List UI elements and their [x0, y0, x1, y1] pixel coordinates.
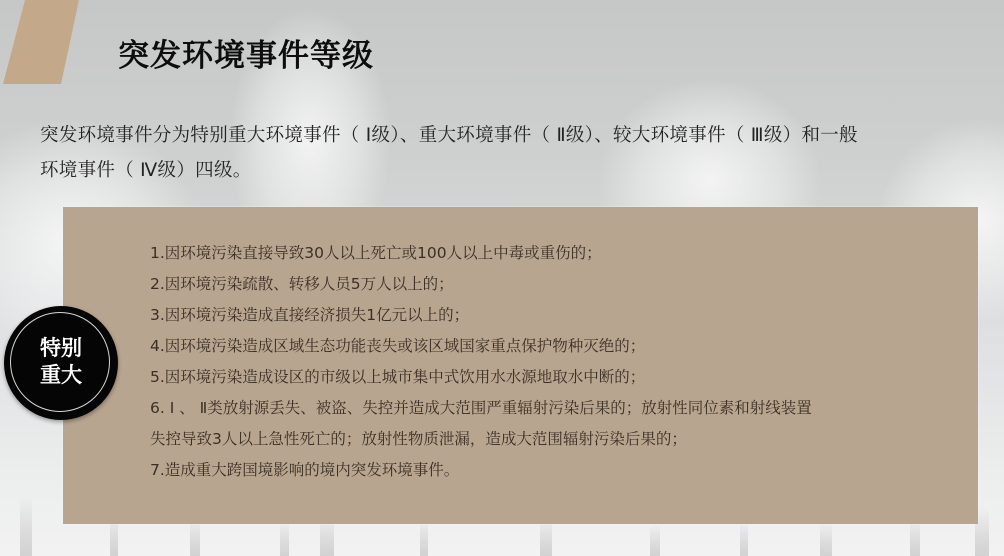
- badge-label: 特别 重大: [4, 335, 118, 389]
- criteria-item: 5.因环境污染造成设区的市级以上城市集中式饮用水水源地取水中断的；: [150, 362, 950, 393]
- criteria-item: 1.因环境污染直接导致30人以上死亡或100人以上中毒或重伤的；: [150, 238, 950, 269]
- skyline-decoration: [740, 520, 748, 556]
- criteria-item: 2.因环境污染疏散、转移人员5万人以上的；: [150, 269, 950, 300]
- intro-paragraph: 突发环境事件分为特别重大环境事件（ Ⅰ级）、重大环境事件（ Ⅱ级）、较大环境事件…: [40, 118, 990, 188]
- criteria-item-continuation: 失控导致3人以上急性死亡的；放射性物质泄漏，造成大范围辐射污染后果的；: [150, 424, 950, 455]
- criteria-item: 3.因环境污染造成直接经济损失1亿元以上的；: [150, 300, 950, 331]
- slide-title: 突发环境事件等级: [118, 30, 374, 75]
- skyline-decoration: [820, 522, 832, 556]
- badge-line: 重大: [4, 362, 118, 389]
- skyline-decoration: [280, 520, 289, 556]
- intro-line: 环境事件（ Ⅳ级）四级。: [40, 153, 990, 188]
- skyline-decoration: [20, 496, 32, 556]
- criteria-item: 7.造成重大跨国境影响的境内突发环境事件。: [150, 455, 950, 486]
- criteria-item: 6. Ⅰ 、 Ⅱ类放射源丢失、被盗、失控并造成大范围严重辐射污染后果的；放射性同…: [150, 393, 950, 424]
- skyline-decoration: [650, 524, 660, 556]
- level-badge: 特别 重大: [4, 306, 118, 420]
- accent-bar-decoration: [3, 0, 79, 84]
- badge-line: 特别: [4, 335, 118, 362]
- intro-line: 突发环境事件分为特别重大环境事件（ Ⅰ级）、重大环境事件（ Ⅱ级）、较大环境事件…: [40, 118, 990, 153]
- criteria-list: 1.因环境污染直接导致30人以上死亡或100人以上中毒或重伤的； 2.因环境污染…: [150, 238, 950, 486]
- criteria-item: 4.因环境污染造成区域生态功能丧失或该区域国家重点保护物种灭绝的；: [150, 331, 950, 362]
